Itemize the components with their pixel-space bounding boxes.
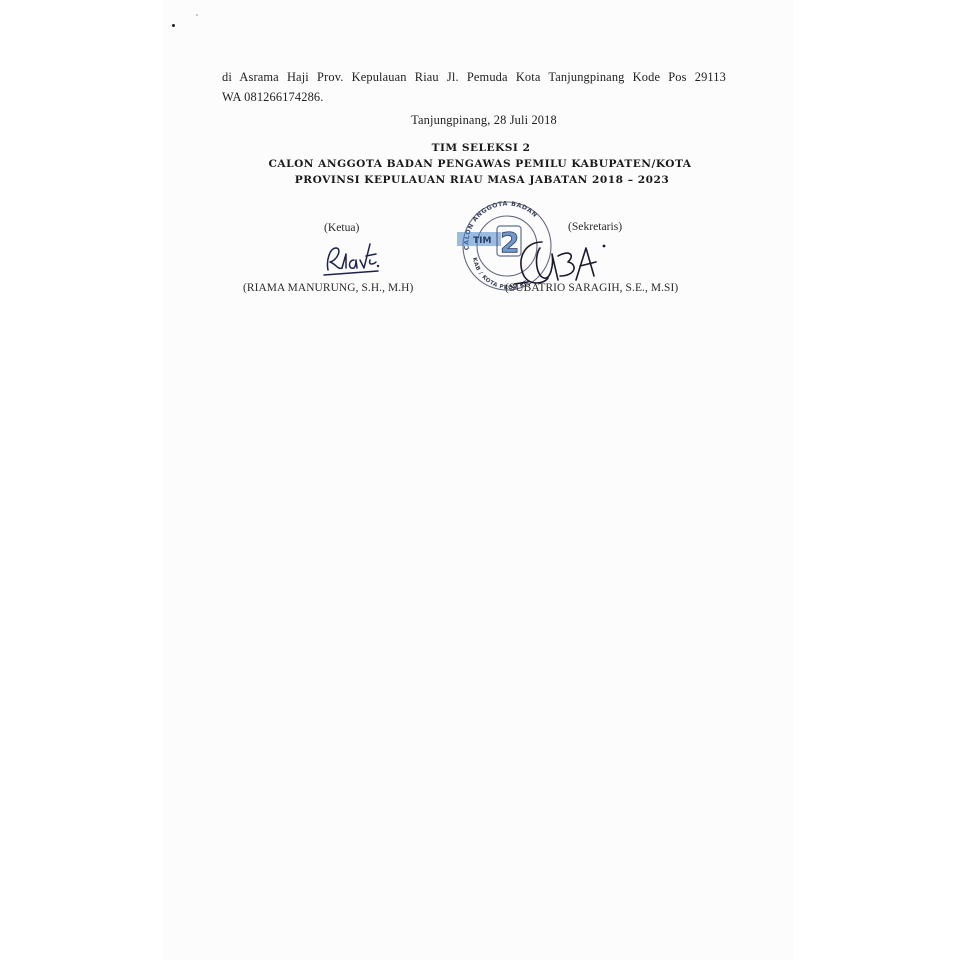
heading-team: TIM SELEKSI 2: [0, 142, 960, 154]
signature-chair-icon: [322, 240, 382, 278]
scan-speck: [196, 14, 198, 16]
name-secretary: (SUBATRIO SARAGIH, S.E., M.SI): [505, 282, 678, 294]
role-secretary: (Sekretaris): [568, 220, 622, 233]
body-line-address: di Asrama Haji Prov. Kepulauan Riau Jl. …: [222, 70, 726, 85]
name-chair: (RIAMA MANURUNG, S.H., M.H): [243, 282, 413, 294]
place-date: Tanjungpinang, 28 Juli 2018: [0, 113, 960, 128]
role-chair: (Ketua): [324, 221, 359, 234]
body-line-contact: WA 081266174286.: [222, 90, 324, 105]
svg-text:TIM: TIM: [473, 236, 491, 246]
scan-speck: [172, 24, 175, 27]
heading-title: CALON ANGGOTA BADAN PENGAWAS PEMILU KABU…: [0, 158, 960, 170]
signature-secretary-icon: [514, 236, 614, 288]
heading-subtitle: PROVINSI KEPULAUAN RIAU MASA JABATAN 201…: [0, 174, 960, 186]
